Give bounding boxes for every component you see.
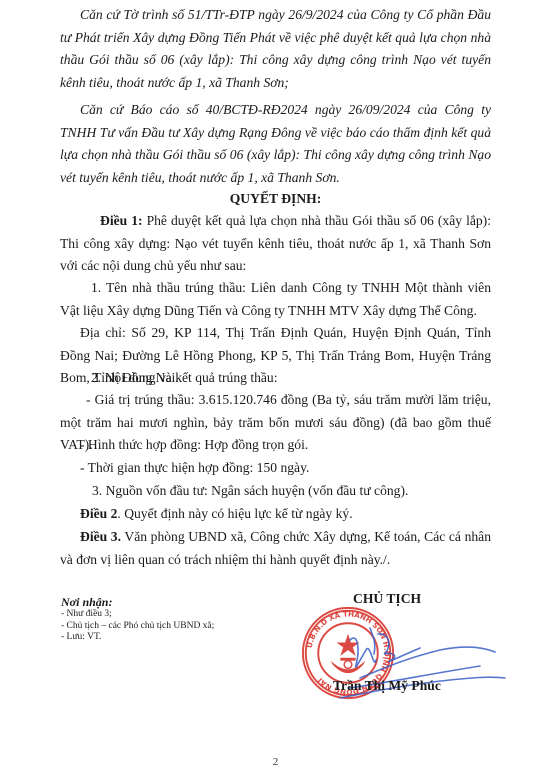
preamble-bao-cao: Căn cứ Báo cáo số 40/BCTĐ-RĐ2024 ngày 26… xyxy=(60,99,491,189)
article-3-text: Văn phòng UBND xã, Công chức Xây dựng, K… xyxy=(60,529,491,567)
decision-heading: QUYẾT ĐỊNH: xyxy=(0,188,551,210)
article-1-item-2: 2. Nội dung và kết quả trúng thầu: xyxy=(60,367,491,390)
preamble-tto-trinh: Căn cứ Tờ trình số 51/TTr-ĐTP ngày 26/9/… xyxy=(60,4,491,94)
article-1-item-3: 3. Nguồn vốn đầu tư: Ngân sách huyện (vố… xyxy=(92,480,491,503)
contract-form: - Hình thức hợp đồng: Hợp đồng trọn gói. xyxy=(80,434,491,457)
document-page: Căn cứ Tờ trình số 51/TTr-ĐTP ngày 26/9/… xyxy=(0,0,551,783)
article-1-item-1: 1. Tên nhà thầu trúng thầu: Liên danh Cô… xyxy=(60,277,491,322)
article-2-label: Điều 2 xyxy=(80,506,117,521)
recipients-block: Nơi nhận: - Như điều 3; - Chủ tịch – các… xyxy=(61,596,214,644)
page-number: 2 xyxy=(0,756,551,768)
article-2: Điều 2. Quyết định này có hiệu lực kể từ… xyxy=(80,503,491,526)
recipients-title: Nơi nhận: xyxy=(61,596,214,609)
article-1-label: Điều 1: xyxy=(100,213,143,228)
article-3-label: Điều 3. xyxy=(80,529,121,544)
contract-duration: - Thời gian thực hiện hợp đồng: 150 ngày… xyxy=(80,457,491,480)
handwritten-signature-icon xyxy=(330,610,520,710)
recipient-item: - Như điều 3; xyxy=(61,609,214,621)
article-1: Điều 1: Phê duyệt kết quả lựa chọn nhà t… xyxy=(60,210,491,278)
signer-name: Trần Thị Mỹ Phúc xyxy=(333,678,441,694)
recipient-item: - Lưu: VT. xyxy=(61,632,214,644)
recipient-item: - Chủ tịch – các Phó chủ tịch UBND xã; xyxy=(61,621,214,633)
article-3: Điều 3. Văn phòng UBND xã, Công chức Xây… xyxy=(60,526,491,571)
article-2-text: . Quyết định này có hiệu lực kể từ ngày … xyxy=(117,506,352,521)
